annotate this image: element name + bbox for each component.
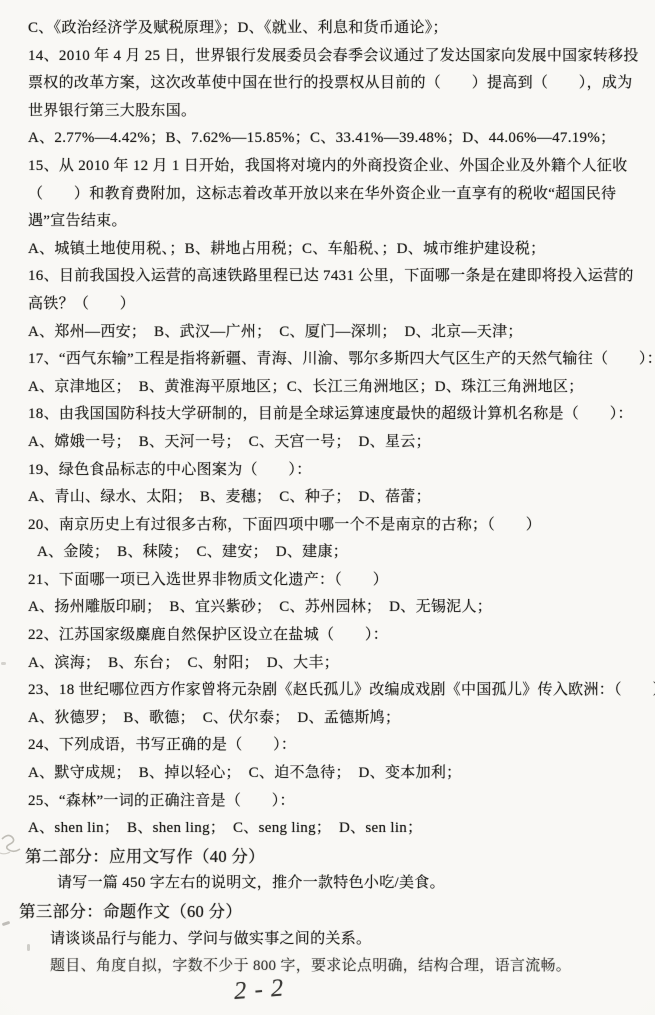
option-row: A、城镇土地使用税、；B、耕地占用税；C、车船税、；D、城市维护建设税；: [0, 236, 655, 264]
question-stem-line: 23、18 世纪哪位西方作家曾将元杂剧《赵氏孤儿》改编成戏剧《中国孤儿》传入欧洲…: [0, 677, 655, 705]
instruction-line: 请谈谈品行与能力、学问与做实事之间的关系。: [0, 926, 655, 954]
option-row: A、滨海； B、东台； C、射阳； D、大丰；: [0, 650, 655, 678]
question-stem-line: 24、下列成语，书写正确的是（ ）：: [0, 732, 655, 760]
question-stem-line: （ ）和教育费附加，这标志着改革开放以来在华外资企业一直享有的税收“超国民待: [0, 181, 655, 209]
question-stem-line: 17、“西气东输”工程是指将新疆、青海、川渝、鄂尔多斯四大气区生产的天然气输往（…: [0, 346, 655, 374]
exam-text-block: C、《政治经济学及赋税原理》；D、《就业、利息和货币通论》；14、2010 年 …: [0, 15, 655, 981]
question-stem-line: 22、江苏国家级麋鹿自然保护区设立在盐城（ ）：: [0, 622, 655, 650]
question-stem-line: 20、南京历史上有过很多古称，下面四项中哪一个不是南京的古称；（ ）: [0, 512, 655, 540]
question-stem-line: 票权的改革方案，这次改革使中国在世行的投票权从目前的（ ）提高到（ ），成为: [0, 70, 655, 98]
question-stem-line: 21、下面哪一项已入选世界非物质文化遗产：（ ）: [0, 567, 655, 595]
instruction-line: 题目、角度自拟，字数不少于 800 字，要求论点明确，结构合理，语言流畅。: [0, 953, 655, 981]
question-stem-line: 遇”宣告结束。: [0, 208, 655, 236]
option-row: A、青山、绿水、太阳； B、麦穗； C、种子； D、蓓蕾；: [0, 484, 655, 512]
exam-page: C、《政治经济学及赋税原理》；D、《就业、利息和货币通论》；14、2010 年 …: [0, 0, 655, 1015]
pencil-smudge: [0, 831, 34, 861]
question-stem-line: 16、目前我国投入运营的高速铁路里程已达 7431 公里，下面哪一条是在建即将投…: [0, 263, 655, 291]
question-stem-line: 25、“森林”一词的正确注音是（ ）：: [0, 788, 655, 816]
section-heading: 第二部分：应用文写作（40 分）: [0, 843, 655, 871]
question-stem-line: 14、2010 年 4 月 25 日，世界银行发展委员会春季会议通过了发达国家向…: [0, 43, 655, 71]
question-stem-line: 19、绿色食品标志的中心图案为（ ）：: [0, 457, 655, 485]
question-stem-line: 18、由我国国防科技大学研制的，目前是全球运算速度最快的超级计算机名称是（ ）：: [0, 401, 655, 429]
option-row: A、京津地区； B、黄淮海平原地区；C、长江三角洲地区；D、珠江三角洲地区；: [0, 374, 655, 402]
scan-speck: [27, 944, 30, 951]
option-row: A、金陵； B、秣陵； C、建安； D、建康；: [0, 539, 655, 567]
option-row: C、《政治经济学及赋税原理》；D、《就业、利息和货币通论》；: [0, 15, 655, 43]
scan-speck: [1, 662, 6, 665]
page-number: 2-2: [233, 974, 292, 1006]
option-row: A、默守成规； B、掉以轻心； C、迫不急待； D、变本加利；: [0, 760, 655, 788]
option-row: A、狄德罗； B、歌德； C、伏尔泰； D、孟德斯鸠；: [0, 705, 655, 733]
option-row: A、shen lin； B、shen ling； C、seng ling； D、…: [0, 815, 655, 843]
option-row: A、扬州雕版印刷； B、宜兴紫砂； C、苏州园林； D、无锡泥人；: [0, 594, 655, 622]
instruction-line: 请写一篇 450 字左右的说明文，推介一款特色小吃/美食。: [0, 870, 655, 898]
question-stem-line: 世界银行第三大股东国。: [0, 98, 655, 126]
section-heading: 第三部分：命题作文（60 分）: [0, 898, 655, 926]
question-stem-line: 15、从 2010 年 12 月 1 日开始，我国将对境内的外商投资企业、外国企…: [0, 153, 655, 181]
option-row: A、2.77%—4.42%；B、7.62%—15.85%；C、33.41%—39…: [0, 125, 655, 153]
option-row: A、郑州—西安； B、武汉—广州； C、厦门—深圳； D、北京—天津；: [0, 319, 655, 347]
question-stem-line: 高铁？（ ）: [0, 291, 655, 319]
option-row: A、嫦娥一号； B、天河一号； C、天宫一号； D、星云；: [0, 429, 655, 457]
